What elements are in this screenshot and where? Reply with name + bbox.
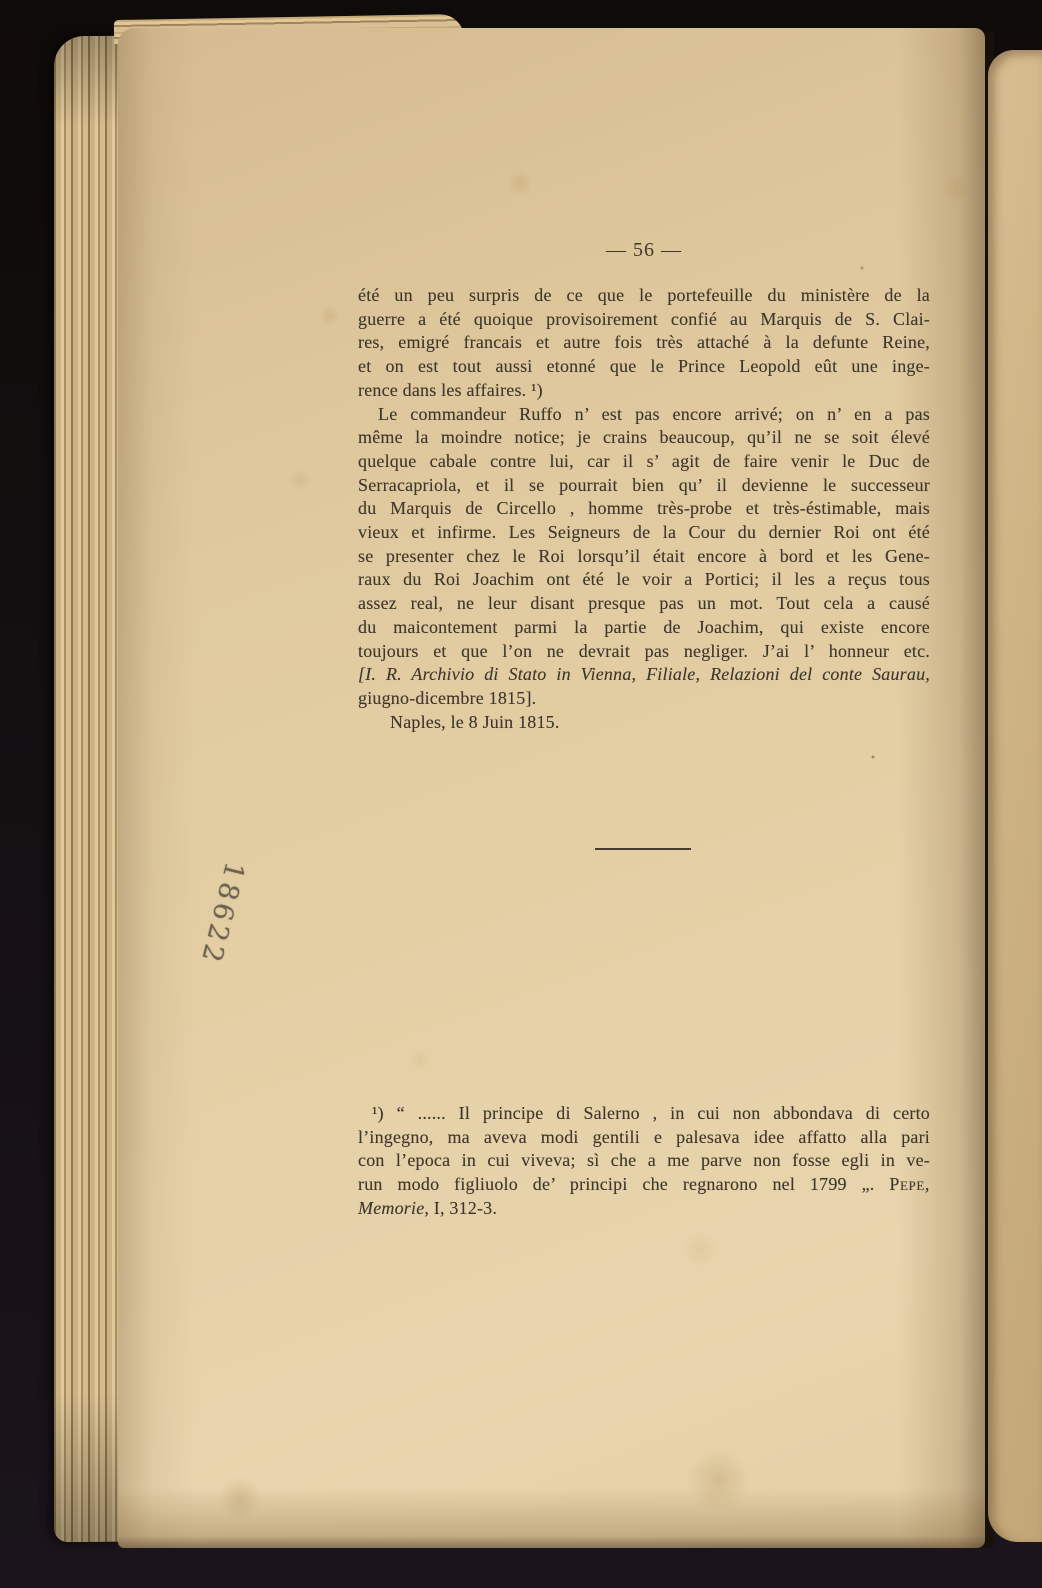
footnote-line: ¹) “ ...... Il principe di Salerno , in … bbox=[358, 1102, 930, 1126]
text-line: du Marquis de Circello , homme très-prob… bbox=[358, 497, 930, 521]
main-text-block: été un peu surpris de ce que le portefeu… bbox=[358, 284, 930, 734]
source-citation-line: [I. R. Archivio di Stato in Vienna, Fili… bbox=[358, 663, 930, 687]
scanned-book-photo: — 56 — été un peu surpris de ce que le p… bbox=[0, 0, 1042, 1588]
text-line: vieux et infirme. Les Seigneurs de la Co… bbox=[358, 521, 930, 545]
footnote-line: Memorie, I, 312-3. bbox=[358, 1197, 930, 1221]
text-line: même la moindre notice; je crains beauco… bbox=[358, 426, 930, 450]
page-edge-stack-left bbox=[54, 36, 122, 1542]
footnote-author-name: Pepe, bbox=[889, 1174, 930, 1194]
separator-rule bbox=[595, 848, 691, 850]
page-number: — 56 — bbox=[358, 239, 930, 262]
footnote-block: ¹) “ ...... Il principe di Salerno , in … bbox=[358, 1102, 930, 1221]
text-line: se presenter chez le Roi lorsqu’il était… bbox=[358, 545, 930, 569]
library-stamp-number: 18622 bbox=[194, 859, 250, 969]
source-citation-line: giugno-dicembre 1815]. bbox=[358, 687, 930, 711]
footnote-line: l’ingegno, ma aveva modi gentili e pales… bbox=[358, 1126, 930, 1150]
book-page: — 56 — été un peu surpris de ce que le p… bbox=[118, 28, 985, 1548]
footnote-text: run modo figliuolo de’ principi che regn… bbox=[358, 1174, 889, 1194]
text-line: du maicontement parmi la partie de Joach… bbox=[358, 616, 930, 640]
text-line: été un peu surpris de ce que le portefeu… bbox=[358, 284, 930, 308]
text-line: rence dans les affaires. ¹) bbox=[358, 379, 930, 403]
text-line: assez real, ne leur disant presque pas u… bbox=[358, 592, 930, 616]
text-line: toujours et que l’on ne devrait pas negl… bbox=[358, 640, 930, 664]
text-line: guerre a été quoique provisoirement conf… bbox=[358, 308, 930, 332]
footnote-line: run modo figliuolo de’ principi che regn… bbox=[358, 1173, 930, 1197]
dateline: Naples, le 8 Juin 1815. bbox=[358, 711, 930, 735]
text-line: res, emigré francais et autre fois très … bbox=[358, 331, 930, 355]
next-page-edge bbox=[988, 50, 1042, 1542]
text-line: et on est tout aussi etonné que le Princ… bbox=[358, 355, 930, 379]
text-line: Le commandeur Ruffo n’ est pas encore ar… bbox=[358, 403, 930, 427]
footnote-line: con l’epoca in cui viveva; sì che a me p… bbox=[358, 1149, 930, 1173]
footnote-page-ref: I, 312-3. bbox=[429, 1198, 497, 1218]
text-line: quelque cabale contre lui, car il s’ agi… bbox=[358, 450, 930, 474]
text-line: raux du Roi Joachim ont été le voir a Po… bbox=[358, 568, 930, 592]
footnote-work-title: Memorie, bbox=[358, 1198, 429, 1218]
text-line: Serracapriola, et il se pourrait bien qu… bbox=[358, 474, 930, 498]
